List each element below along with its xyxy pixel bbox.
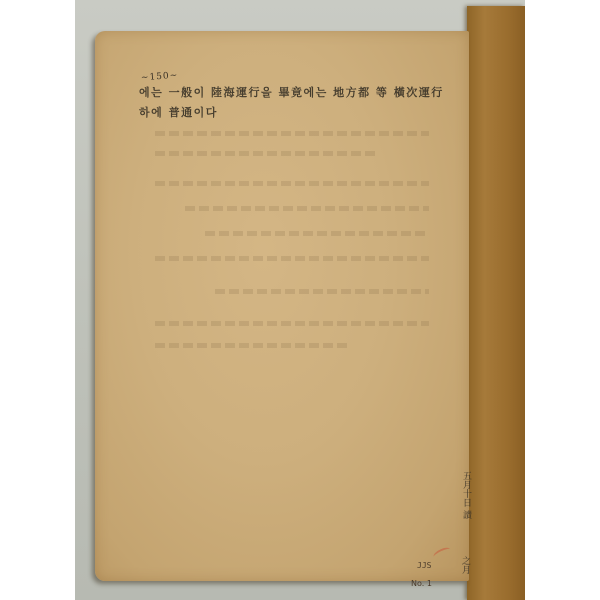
bleed-through-text [205,231,429,236]
bleed-through-text [155,343,349,348]
bleed-through-text [155,256,429,261]
handwritten-margin-note-bottom: 之月 [459,556,472,574]
ownership-stamp: JJS [417,561,431,570]
bleed-through-text [155,131,429,136]
book-page: ~150~ 에는 一般이 陸海運行을 畢竟에는 地方都 等 橫次運行 하에 普通… [95,31,469,581]
bleed-through-text [155,151,379,156]
page-number: ~150~ [141,71,179,84]
bleed-through-text [185,206,429,211]
back-cover-board [467,6,525,600]
ownership-stamp-subtext: No. 1 [411,579,432,588]
bleed-through-text [155,321,429,326]
bleed-through-text [155,181,429,186]
handwritten-margin-note: 五月十日 讀 [459,471,471,519]
text-line-2: 하에 普通이다 [139,104,218,120]
book-photo: ~150~ 에는 一般이 陸海運行을 畢竟에는 地方都 等 橫次運行 하에 普通… [75,0,525,600]
bleed-through-text [215,289,429,294]
text-line-1: 에는 一般이 陸海運行을 畢竟에는 地方都 等 橫次運行 [139,84,444,100]
red-ink-mark [432,546,452,561]
